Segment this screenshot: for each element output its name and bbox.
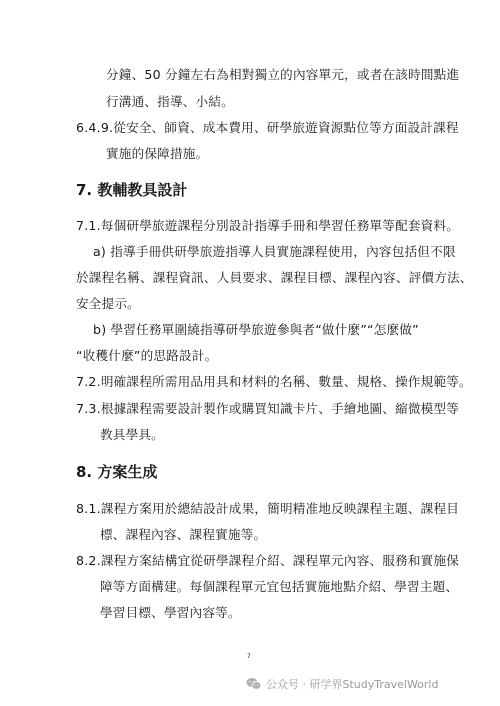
item-number: 6.4.9. xyxy=(76,120,113,136)
numbered-item-8-2: 8.2.課程方案結構宜從研學課程介紹、課程單元內容、服務和實施保 xyxy=(76,553,459,569)
paragraph-line: 標、課程內容、課程實施等。 xyxy=(100,527,266,543)
paragraph-line: 分鐘、50 分鐘左右為相對獨立的內容單元，或者在該時間點進 xyxy=(106,67,459,83)
numbered-item-7-1: 7.1.每個研學旅遊課程分別設計指導手冊和學習任務單等配套資料。 xyxy=(76,218,459,234)
wechat-icon xyxy=(246,677,262,691)
paragraph-line: 實施的保障措施。 xyxy=(106,146,208,162)
paragraph-line: 教具學具。 xyxy=(100,427,164,443)
paragraph-line: 安全提示。 xyxy=(76,296,140,312)
section-heading-7: 7. 教輔教具設計 xyxy=(76,181,187,199)
numbered-item-7-3: 7.3.根據課程需要設計製作或購買知識卡片、手繪地圖、縮微模型等 xyxy=(76,401,459,417)
paragraph-line: 障等方面構建。每個課程單元宜包括實施地點介紹、學習主題、 xyxy=(100,579,458,595)
paragraph-line: 學習目標、學習內容等。 xyxy=(100,605,241,621)
item-text: 從安全、師資、成本費用、研學旅遊資源點位等方面設計課程 xyxy=(113,120,458,135)
sub-item-b: b) 學習任務單圍繞指導研學旅遊參與者“做什麼”“怎麼做” xyxy=(93,322,419,338)
paragraph-line: “收穫什麼”的思路設計。 xyxy=(76,348,217,364)
paragraph-line: 行溝通、指導、小結。 xyxy=(106,94,234,110)
section-heading-8: 8. 方案生成 xyxy=(76,463,157,481)
paragraph-line: 於課程名稱、課程資訊、人員要求、課程目標、課程內容、評價方法、 xyxy=(76,270,473,286)
watermark-text: 公众号 · 研学界StudyTravelWorld xyxy=(266,676,438,692)
numbered-item-7-2: 7.2.明確課程所需用品用具和材料的名稱、數量、規格、操作規範等。 xyxy=(76,374,472,390)
numbered-item-8-1: 8.1.課程方案用於總結設計成果，簡明精准地反映課程主題、課程目 xyxy=(76,501,459,517)
watermark: 公众号 · 研学界StudyTravelWorld xyxy=(246,676,438,692)
page-number: 7 xyxy=(247,653,251,660)
sub-item-a: a) 指導手冊供研學旅遊指導人員實施課程使用，內容包括但不限 xyxy=(93,244,456,260)
numbered-item-6-4-9: 6.4.9.從安全、師資、成本費用、研學旅遊資源點位等方面設計課程 xyxy=(76,120,459,136)
